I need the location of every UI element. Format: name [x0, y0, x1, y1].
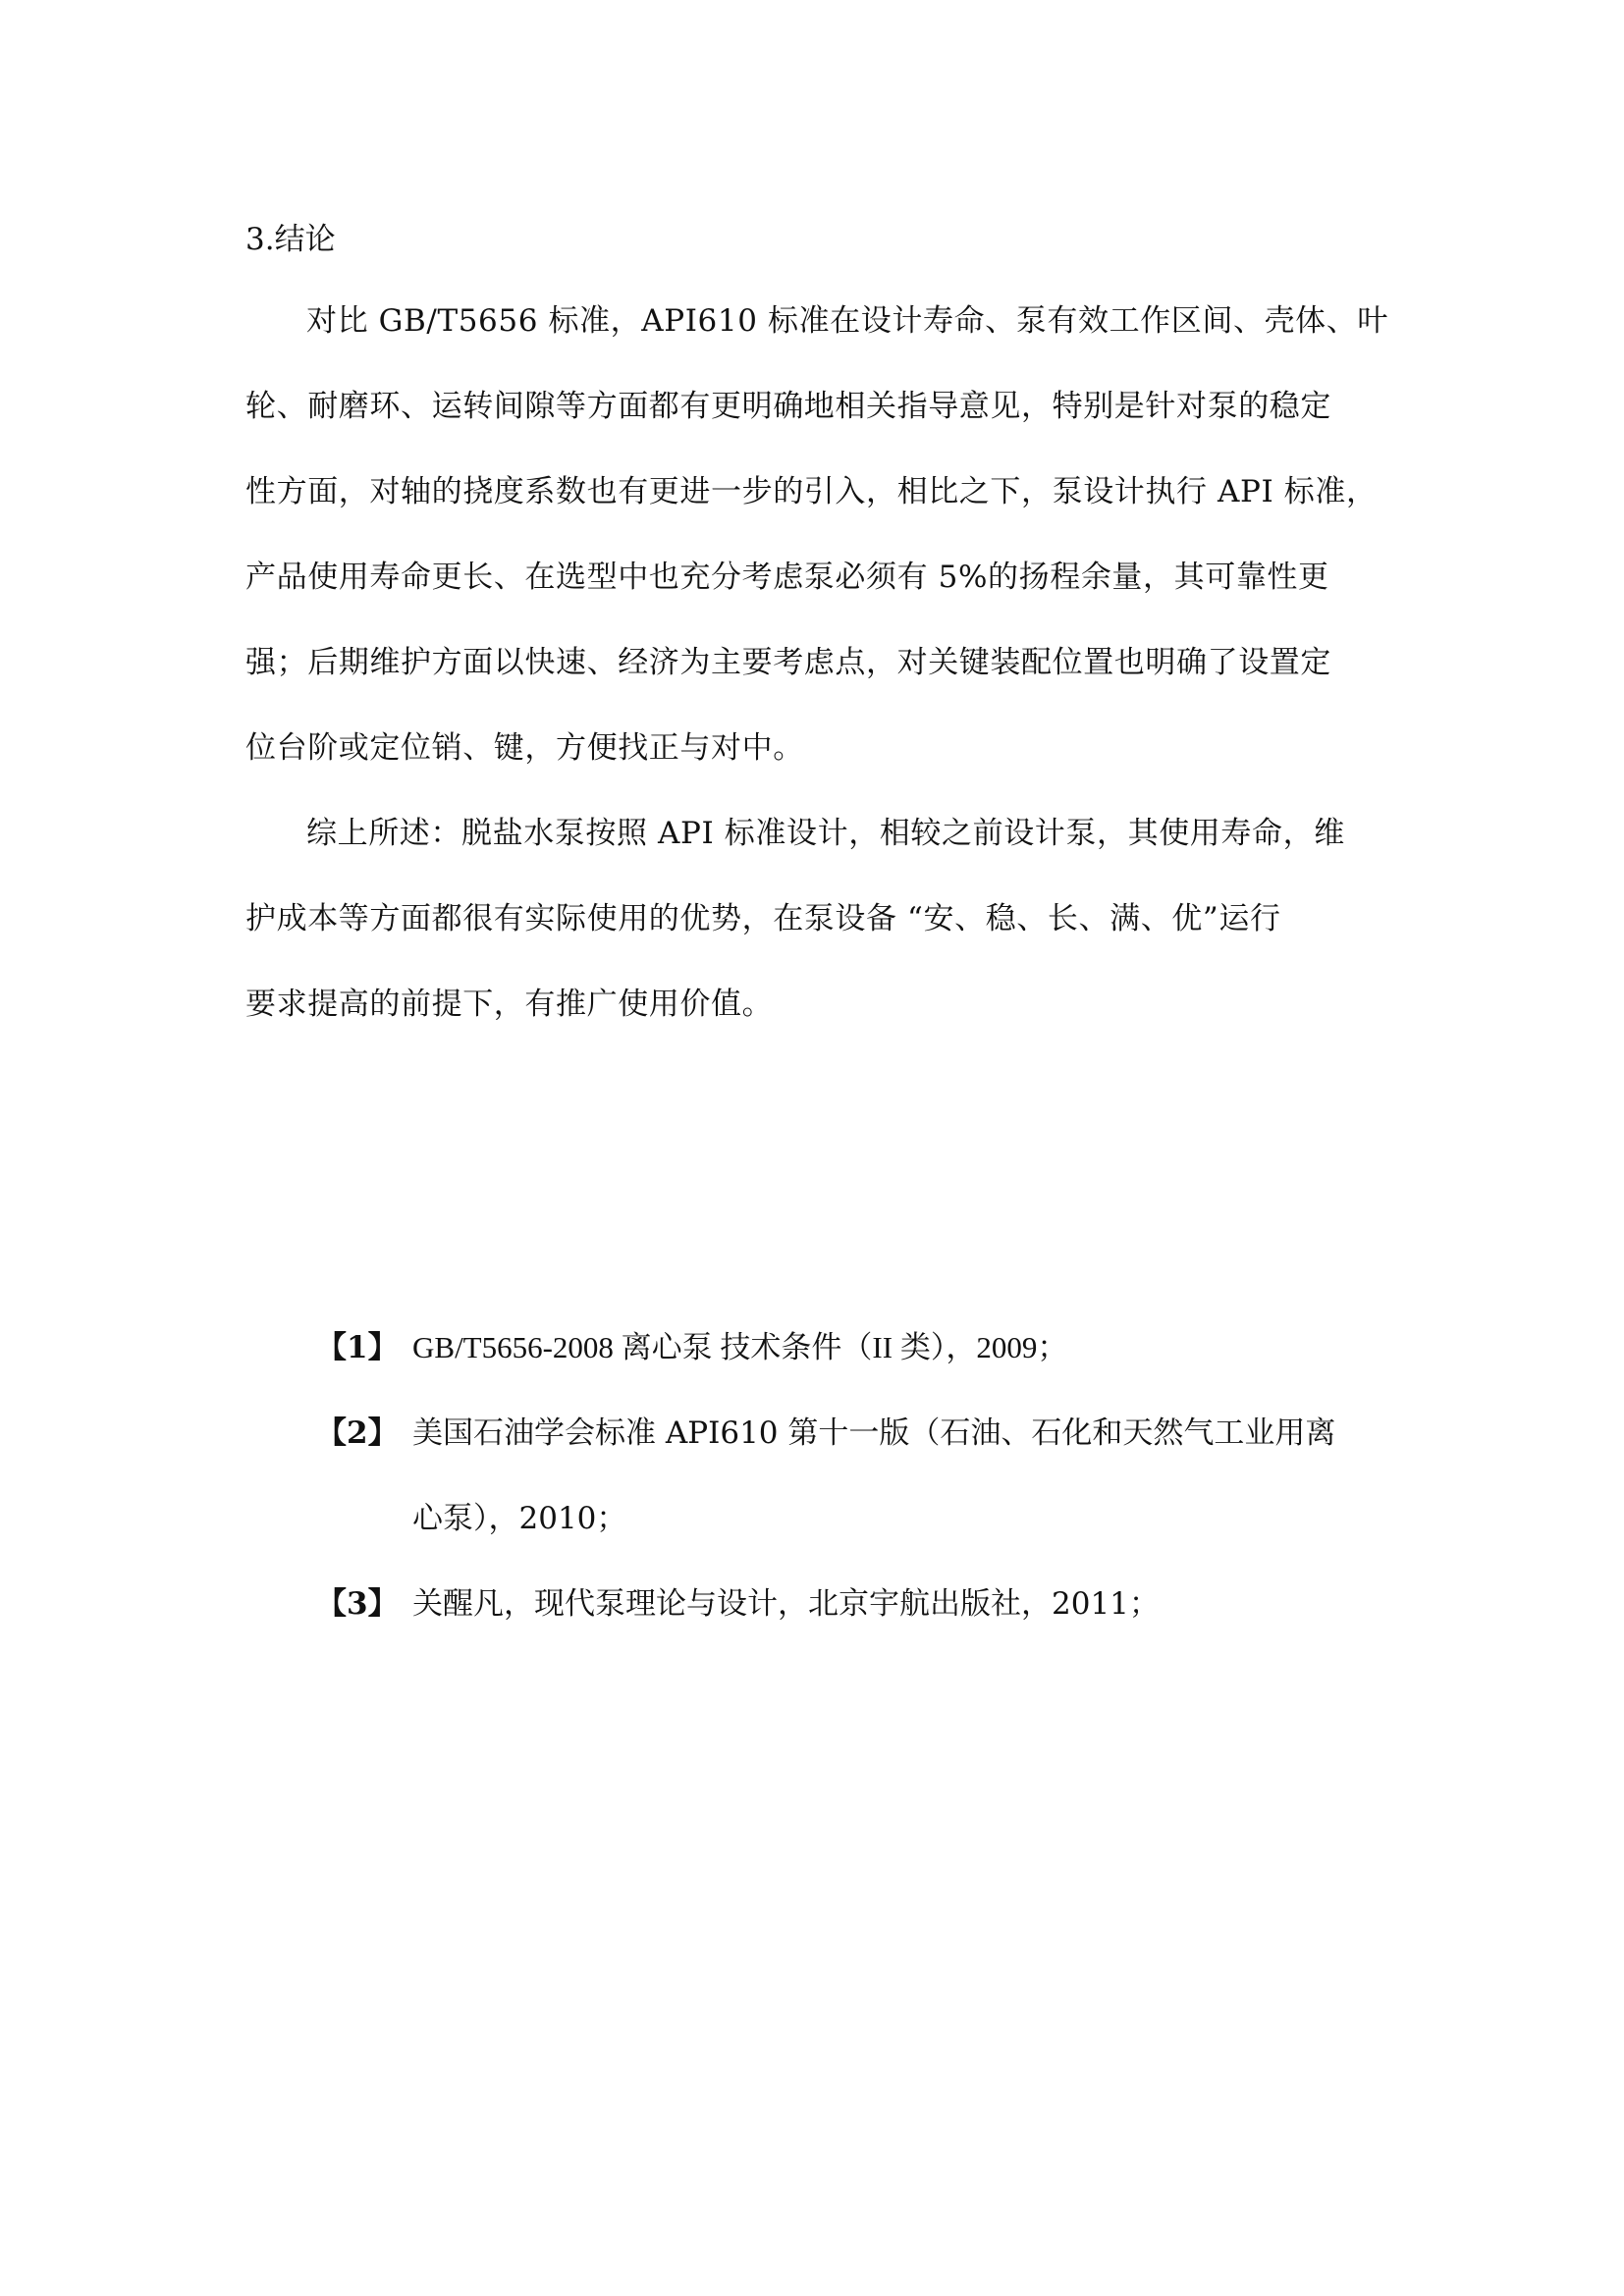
reference-text: GB/T5656-2008 离心泵 技术条件（II 类），2009；: [412, 1330, 1067, 1364]
paragraph-line: 对比 GB/T5656 标准，API610 标准在设计寿命、泵有效工作区间、壳体…: [306, 299, 1445, 343]
reference-text: 美国石油学会标准 API610 第十一版（石油、石化和天然气工业用离: [412, 1415, 1335, 1451]
reference-continuation: 心泵），2010；: [412, 1497, 626, 1540]
paragraph-line: 要求提高的前提下，有推广使用价值。: [245, 983, 1384, 1026]
paragraph-line: 位台阶或定位销、键，方便找正与对中。: [245, 726, 1384, 770]
reference-number: 【1】: [316, 1326, 412, 1369]
section-heading: 3.结论: [245, 218, 336, 261]
paragraph-line: 综上所述：脱盐水泵按照 API 标准设计，相较之前设计泵，其使用寿命，维: [306, 812, 1445, 855]
reference-text: 关醒凡，现代泵理论与设计，北京宇航出版社，2011；: [412, 1586, 1160, 1622]
reference-item: 【3】关醒凡，现代泵理论与设计，北京宇航出版社，2011；: [316, 1582, 1160, 1626]
reference-number: 【3】: [316, 1582, 412, 1626]
paragraph-line: 护成本等方面都很有实际使用的优势，在泵设备 “安、稳、长、满、优”运行: [245, 897, 1384, 940]
document-page: 3.结论 对比 GB/T5656 标准，API610 标准在设计寿命、泵有效工作…: [0, 0, 1624, 2296]
paragraph-line: 性方面，对轴的挠度系数也有更进一步的引入，相比之下，泵设计执行 API 标准，: [245, 470, 1384, 513]
paragraph-line: 产品使用寿命更长、在选型中也充分考虑泵必须有 5%的扬程余量，其可靠性更: [245, 556, 1384, 599]
paragraph-line: 强；后期维护方面以快速、经济为主要考虑点，对关键装配位置也明确了设置定: [245, 641, 1384, 684]
reference-item: 【1】GB/T5656-2008 离心泵 技术条件（II 类），2009；: [316, 1326, 1067, 1369]
paragraph-line: 轮、耐磨环、运转间隙等方面都有更明确地相关指导意见，特别是针对泵的稳定: [245, 385, 1384, 428]
reference-item: 【2】美国石油学会标准 API610 第十一版（石油、石化和天然气工业用离: [316, 1412, 1335, 1455]
reference-number: 【2】: [316, 1412, 412, 1455]
